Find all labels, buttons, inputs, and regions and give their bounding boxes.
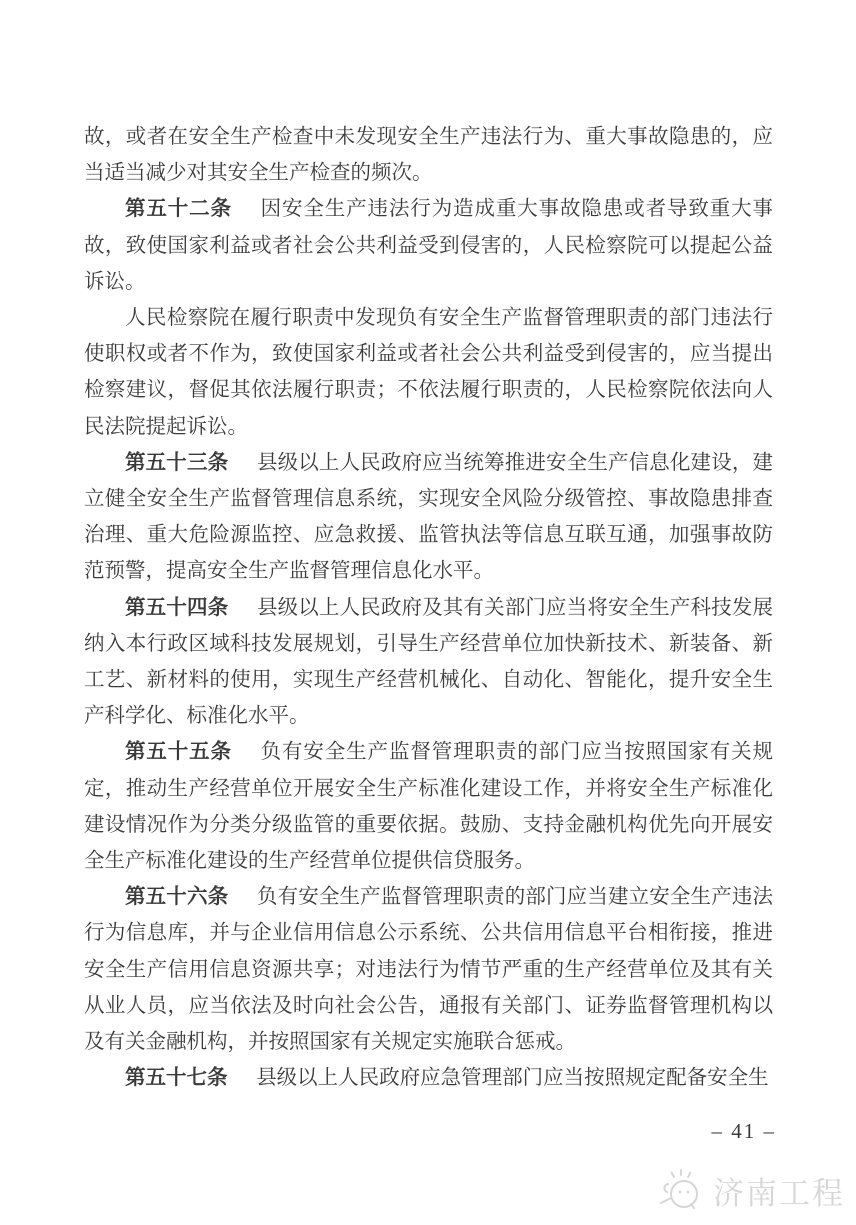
article-number: 第五十四条 [125,596,228,619]
article-number: 第五十七条 [125,1066,228,1089]
article-number: 第五十五条 [125,740,232,763]
brand-name: 济南工程 [713,1168,845,1213]
document-page: 故，或者在安全生产检查中未发现安全生产违法行为、重大事故隐患的，应当适当减少对其… [0,0,856,1225]
paragraph: 人民检察院在履行职责中发现负有安全生产监督管理职责的部门违法行使职权或者不作为，… [84,300,773,445]
paragraph-text: 故，或者在安全生产检查中未发现安全生产违法行为、重大事故隐患的，应当适当减少对其… [84,126,773,184]
paragraph-text: 负有安全生产监督管理职责的部门应当建立安全生产违法行为信息库，并与企业信用信息公… [84,886,773,1053]
paragraph: 第五十六条负有安全生产监督管理职责的部门应当建立安全生产违法行为信息库，并与企业… [84,879,773,1060]
brand-watermark: 济南工程 [657,1166,845,1214]
paragraph: 第五十四条县级以上人民政府及其有关部门应当将安全生产科技发展纳入本行政区域科技发… [84,590,773,735]
paragraph: 第五十三条县级以上人民政府应当统筹推进安全生产信息化建设，建立健全安全生产监督管… [84,445,773,590]
paragraph-text: 县级以上人民政府应急管理部门应当按照规定配备安全生 [256,1067,769,1089]
document-body: 故，或者在安全生产检查中未发现安全生产违法行为、重大事故隐患的，应当适当减少对其… [84,119,773,1096]
paragraph-text: 人民检察院在履行职责中发现负有安全生产监督管理职责的部门违法行使职权或者不作为，… [84,307,773,438]
paragraph: 第五十二条因安全生产违法行为造成重大事故隐患或者导致重大事故，致使国家利益或者社… [84,191,773,300]
megaphone-icon [657,1166,705,1214]
paragraph: 第五十五条负有安全生产监督管理职责的部门应当按照国家有关规定，推动生产经营单位开… [84,734,773,879]
article-number: 第五十三条 [125,451,228,474]
article-number: 第五十六条 [125,885,228,908]
paragraph: 第五十七条县级以上人民政府应急管理部门应当按照规定配备安全生 [84,1060,773,1096]
article-number: 第五十二条 [125,197,232,220]
page-number: – 41 – [712,1119,777,1144]
paragraph: 故，或者在安全生产检查中未发现安全生产违法行为、重大事故隐患的，应当适当减少对其… [84,119,773,191]
